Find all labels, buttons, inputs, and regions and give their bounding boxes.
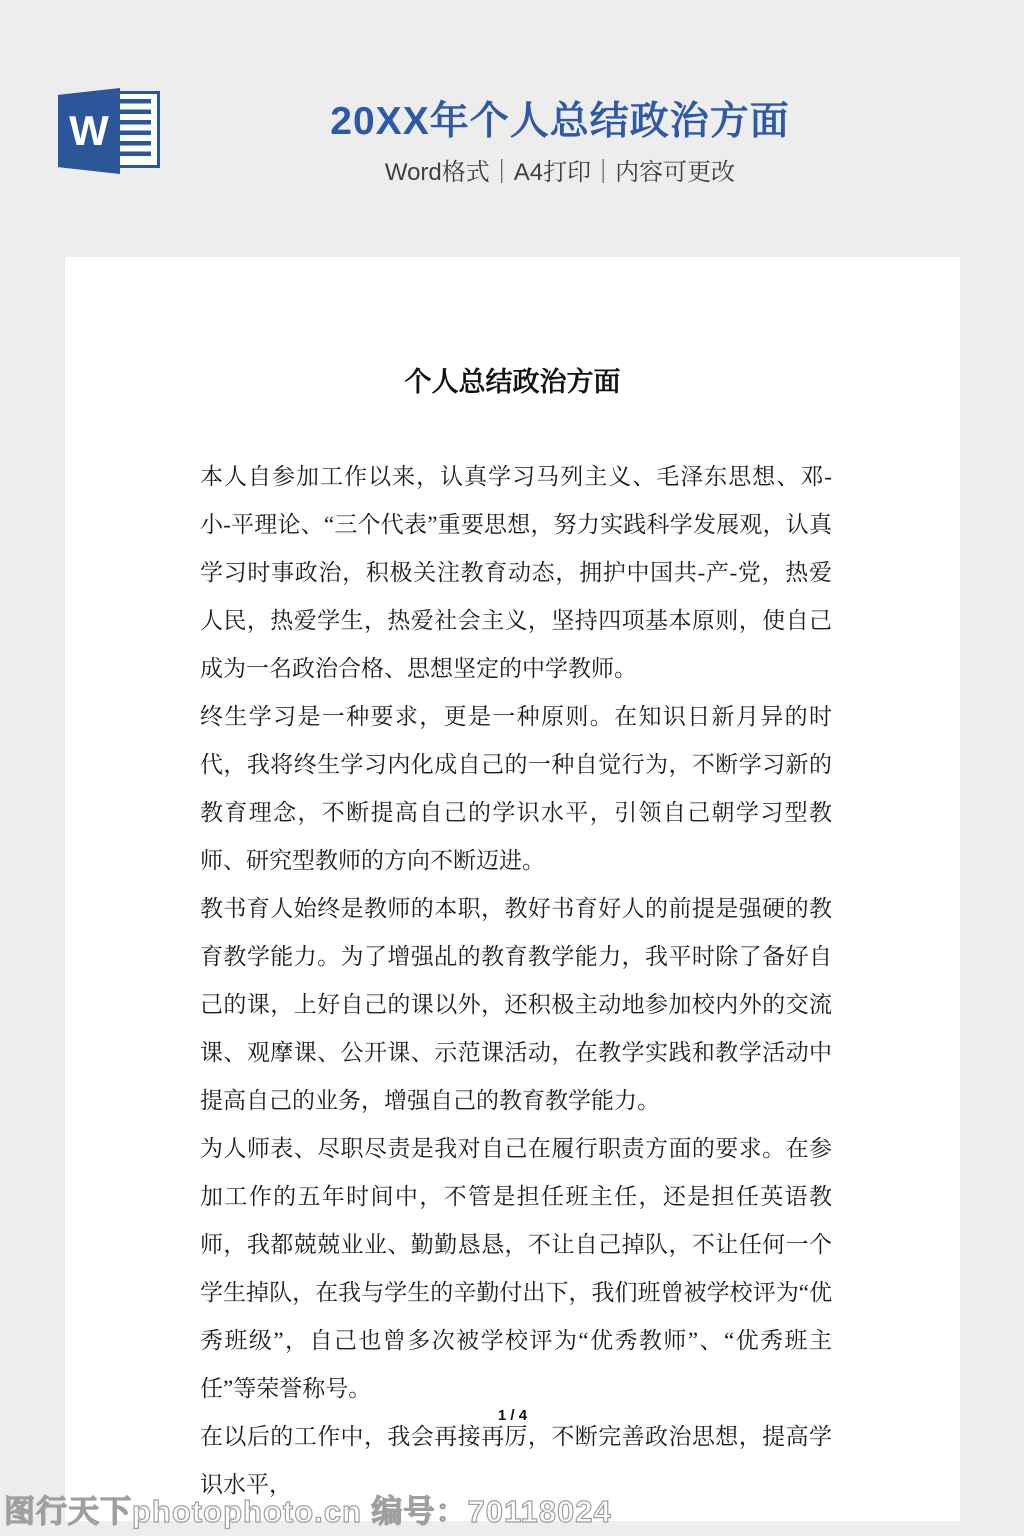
template-title: 20XX年个人总结政治方面 [96,90,1024,146]
paragraph: 本人自参加工作以来，认真学习马列主义、毛泽东思想、邓-小-平理论、“三个代表”重… [200,453,832,693]
document-page: 个人总结政治方面 本人自参加工作以来，认真学习马列主义、毛泽东思想、邓-小-平理… [65,257,960,1521]
header: W 20XX年个人总结政治方面 Word格式｜A4打印｜内容可更改 [0,0,1024,257]
document-title: 个人总结政治方面 [65,360,960,399]
watermark-text: 图行天下photophoto.cn 编号：70118024 [4,1486,612,1531]
page-number: 1 / 4 [65,1407,960,1424]
paragraph: 为人师表、尽职尽责是我对自己在履行职责方面的要求。在参加工作的五年时间中，不管是… [200,1125,832,1413]
document-body: 本人自参加工作以来，认真学习马列主义、毛泽东思想、邓-小-平理论、“三个代表”重… [200,453,832,1509]
paragraph: 终生学习是一种要求，更是一种原则。在知识日新月异的时代，我将终生学习内化成自己的… [200,693,832,885]
template-subtitle: Word格式｜A4打印｜内容可更改 [96,152,1024,187]
template-preview-canvas: W 20XX年个人总结政治方面 Word格式｜A4打印｜内容可更改 个人总结政治… [0,0,1024,1536]
paragraph: 教书育人始终是教师的本职，教好书育好人的前提是强硬的教育教学能力。为了增强乩的教… [200,885,832,1125]
